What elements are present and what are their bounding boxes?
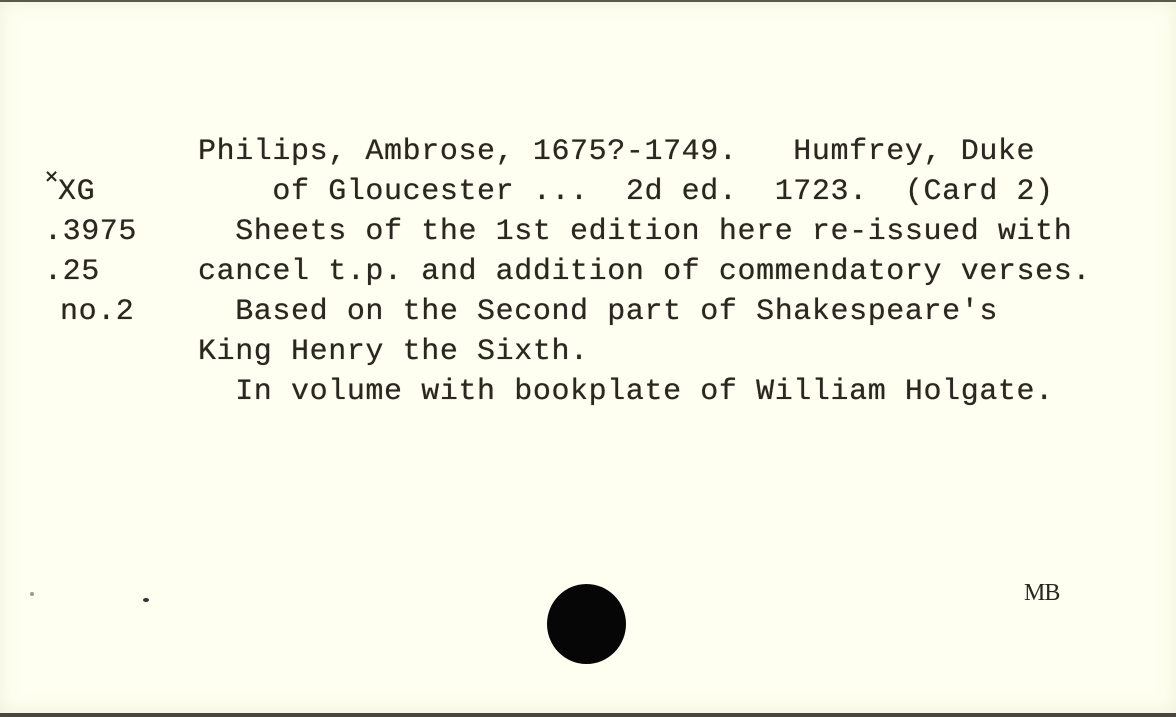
entry-note-line-5: In volume with bookplate of William Holg…	[198, 372, 1054, 412]
call-number-line-1: XG	[58, 172, 95, 212]
entry-note-line-2: cancel t.p. and addition of commendatory…	[198, 252, 1091, 292]
call-number-line-3: .25	[44, 252, 100, 292]
entry-heading-line: Philips, Ambrose, 1675?-1749. Humfrey, D…	[198, 132, 1035, 172]
call-number-line-4: no.2	[60, 292, 134, 332]
catalog-card: × XG .3975 .25 no.2 Philips, Ambrose, 16…	[0, 2, 1176, 713]
ink-speck	[30, 592, 34, 596]
call-number-line-2: .3975	[44, 212, 137, 252]
entry-note-line-4: King Henry the Sixth.	[198, 332, 589, 372]
entry-note-line-3: Based on the Second part of Shakespeare'…	[198, 292, 998, 332]
entry-title-line: of Gloucester ... 2d ed. 1723. (Card 2)	[198, 172, 1054, 212]
punch-hole-icon	[547, 584, 626, 664]
card-bottom-edge	[0, 713, 1176, 717]
oversize-mark-icon: ×	[44, 166, 59, 187]
cataloger-initials: MB	[1024, 580, 1059, 607]
ink-speck	[143, 598, 149, 602]
entry-note-line-1: Sheets of the 1st edition here re-issued…	[198, 212, 1072, 252]
